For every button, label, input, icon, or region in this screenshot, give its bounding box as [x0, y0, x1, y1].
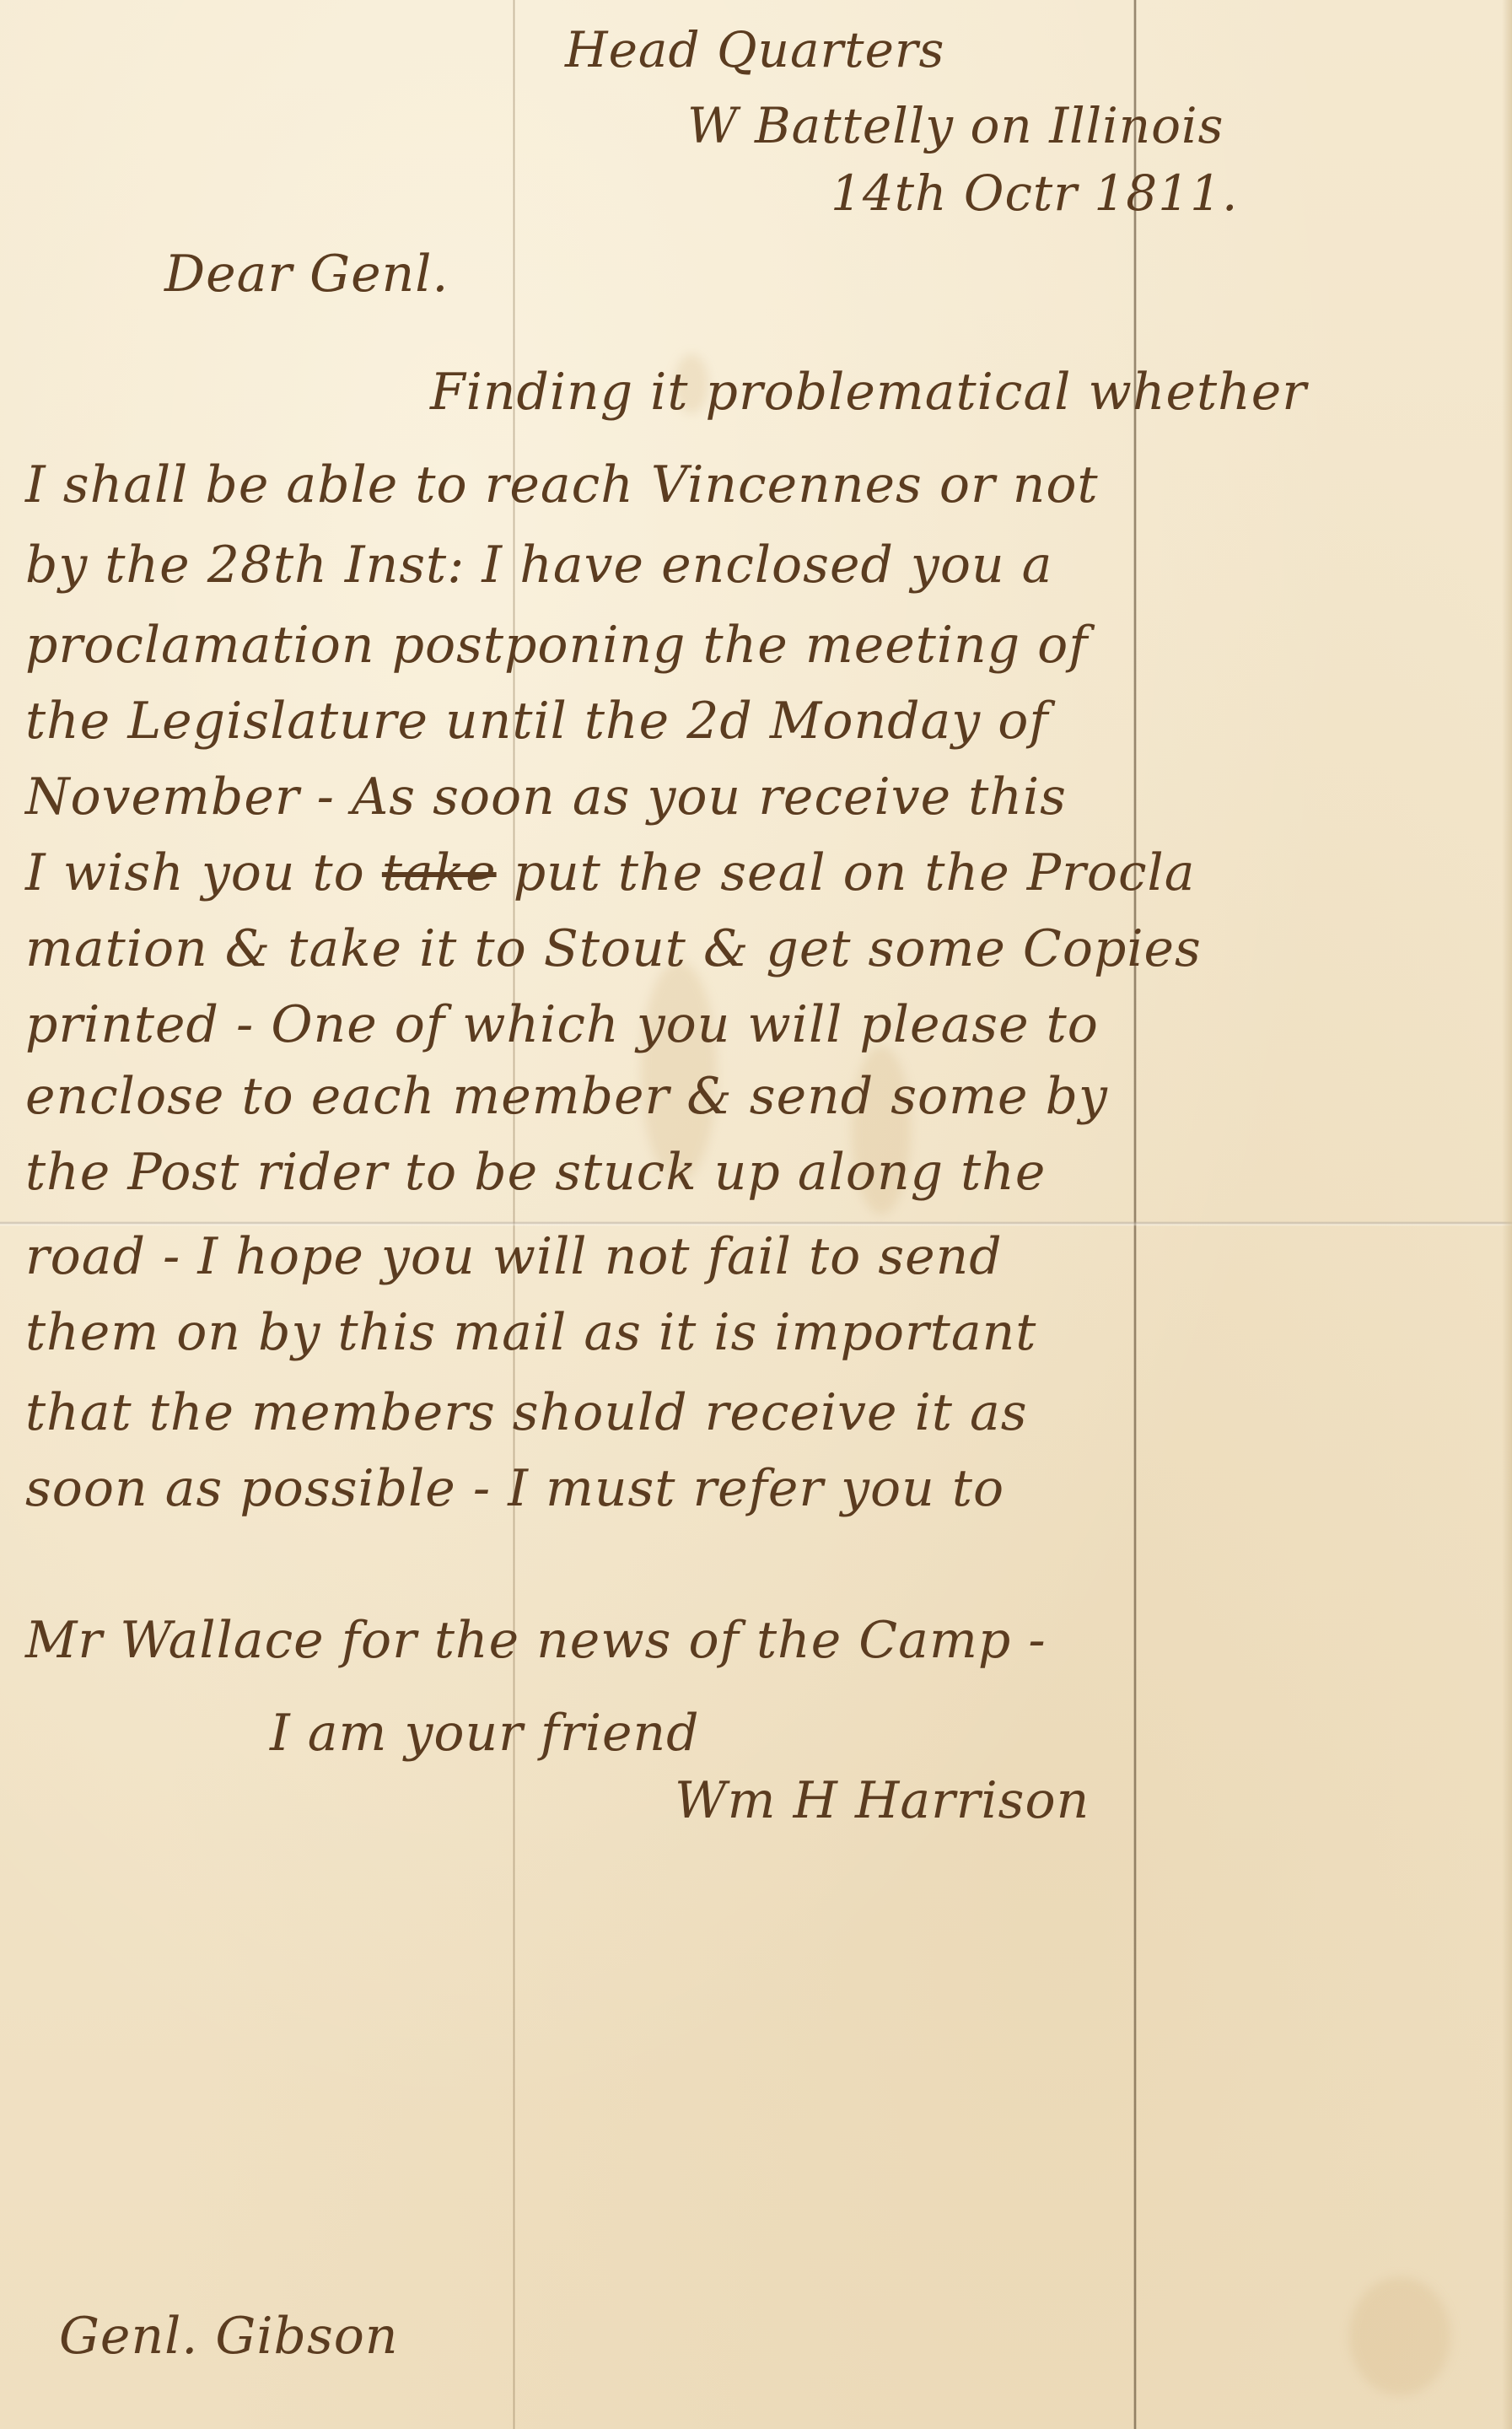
- horizontal-fold: [0, 1221, 1512, 1226]
- salutation: Dear Genl.: [164, 245, 449, 304]
- body-line: the Post rider to be stuck up along the: [25, 1143, 1046, 1202]
- body-line: road - I hope you will not fail to send: [25, 1227, 1003, 1286]
- body-line: I shall be able to reach Vincennes or no…: [25, 455, 1099, 514]
- signature: Wm H Harrison: [675, 1771, 1090, 1830]
- body-line: proclamation postponing the meeting of: [25, 616, 1089, 675]
- body-line: Finding it problematical whether: [430, 363, 1307, 422]
- heading-line-2: W Battelly on Illinois: [687, 97, 1224, 154]
- body-line: printed - One of which you will please t…: [25, 995, 1099, 1054]
- heading-date: 14th Octr 1811.: [831, 164, 1238, 222]
- letter-page: Head Quarters W Battelly on Illinois 14t…: [0, 0, 1512, 2429]
- body-line: mation & take it to Stout & get some Cop…: [25, 919, 1202, 978]
- body-line: by the 28th Inst: I have enclosed you a: [25, 536, 1052, 595]
- body-line: them on by this mail as it is important: [25, 1303, 1036, 1362]
- page-edge: [1502, 0, 1512, 2429]
- closing: I am your friend: [270, 1704, 700, 1763]
- body-line: enclose to each member & send some by: [25, 1067, 1108, 1126]
- addressee: Genl. Gibson: [59, 2307, 399, 2366]
- body-line: the Legislature until the 2d Monday of: [25, 692, 1049, 751]
- body-line-with-strikethrough: I wish you to take put the seal on the P…: [25, 843, 1196, 902]
- struck-word: take: [382, 843, 497, 902]
- body-line: soon as possible - I must refer you to: [25, 1459, 1004, 1518]
- body-line: Mr Wallace for the news of the Camp -: [25, 1611, 1047, 1670]
- body-line: that the members should receive it as: [25, 1383, 1028, 1442]
- water-stain: [1349, 2277, 1450, 2395]
- body-line: November - As soon as you receive this: [25, 767, 1067, 827]
- heading-line-1: Head Quarters: [565, 21, 944, 78]
